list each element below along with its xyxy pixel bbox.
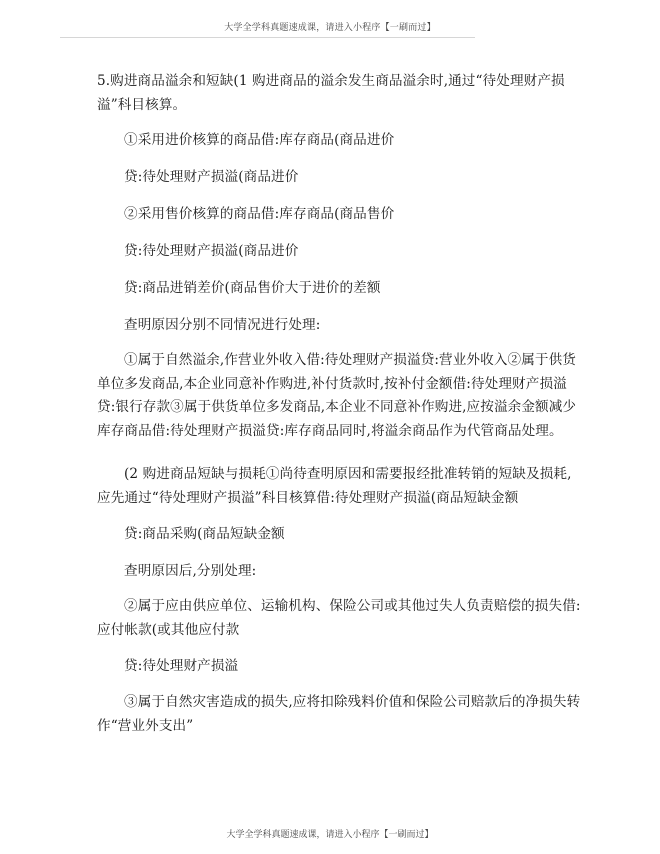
paragraph-sale-price-credit-2: 贷:商品进销差价(商品售价大于进价的差额 xyxy=(97,277,582,301)
paragraph-shortage-section: (2 购进商品短缺与损耗①尚待查明原因和需要报经批准转销的短缺及损耗,应先通过“… xyxy=(97,463,582,510)
paragraph-shortage-credit: 贷:商品采购(商品短缺金额 xyxy=(97,523,582,547)
paragraph-purchase-price-credit: 贷:待处理财产损溢(商品进价 xyxy=(97,166,582,190)
paragraph-purchase-price-debit: ①采用进价核算的商品借:库存商品(商品进价 xyxy=(97,129,582,153)
paragraph-after-investigation: 查明原因后,分别处理: xyxy=(97,560,582,584)
page-header-banner: 大学全学科真题速成课，请进入小程序【一刷而过】 xyxy=(0,20,660,33)
paragraph-section-5-title: 5.购进商品溢余和短缺(1 购进商品的溢余发生商品溢余时,通过“待处理财产损溢”… xyxy=(97,70,582,117)
paragraph-compensation-loss: ②属于应由供应单位、运输机构、保险公司或其他过失人负责赔偿的损失借:应付帐款(或… xyxy=(97,595,582,642)
paragraph-sale-price-debit: ②采用售价核算的商品借:库存商品(商品售价 xyxy=(97,203,582,227)
paragraph-sale-price-credit-1: 贷:待处理财产损溢(商品进价 xyxy=(97,240,582,264)
paragraph-natural-disaster-loss: ③属于自然灾害造成的损失,应将扣除残料价值和保险公司赔款后的净损失转作“营业外支… xyxy=(97,691,582,738)
paragraph-surplus-treatments: ①属于自然溢余,作营业外收入借:待处理财产损溢贷:营业外收入②属于供货单位多发商… xyxy=(97,349,582,443)
paragraph-investigate-causes: 查明原因分别不同情况进行处理: xyxy=(97,314,582,338)
page-footer-banner: 大学全学科真题速成课，请进入小程序【一刷而过】 xyxy=(0,827,660,840)
paragraph-compensation-credit: 贷:待处理财产损溢 xyxy=(97,655,582,679)
header-divider xyxy=(60,37,475,38)
